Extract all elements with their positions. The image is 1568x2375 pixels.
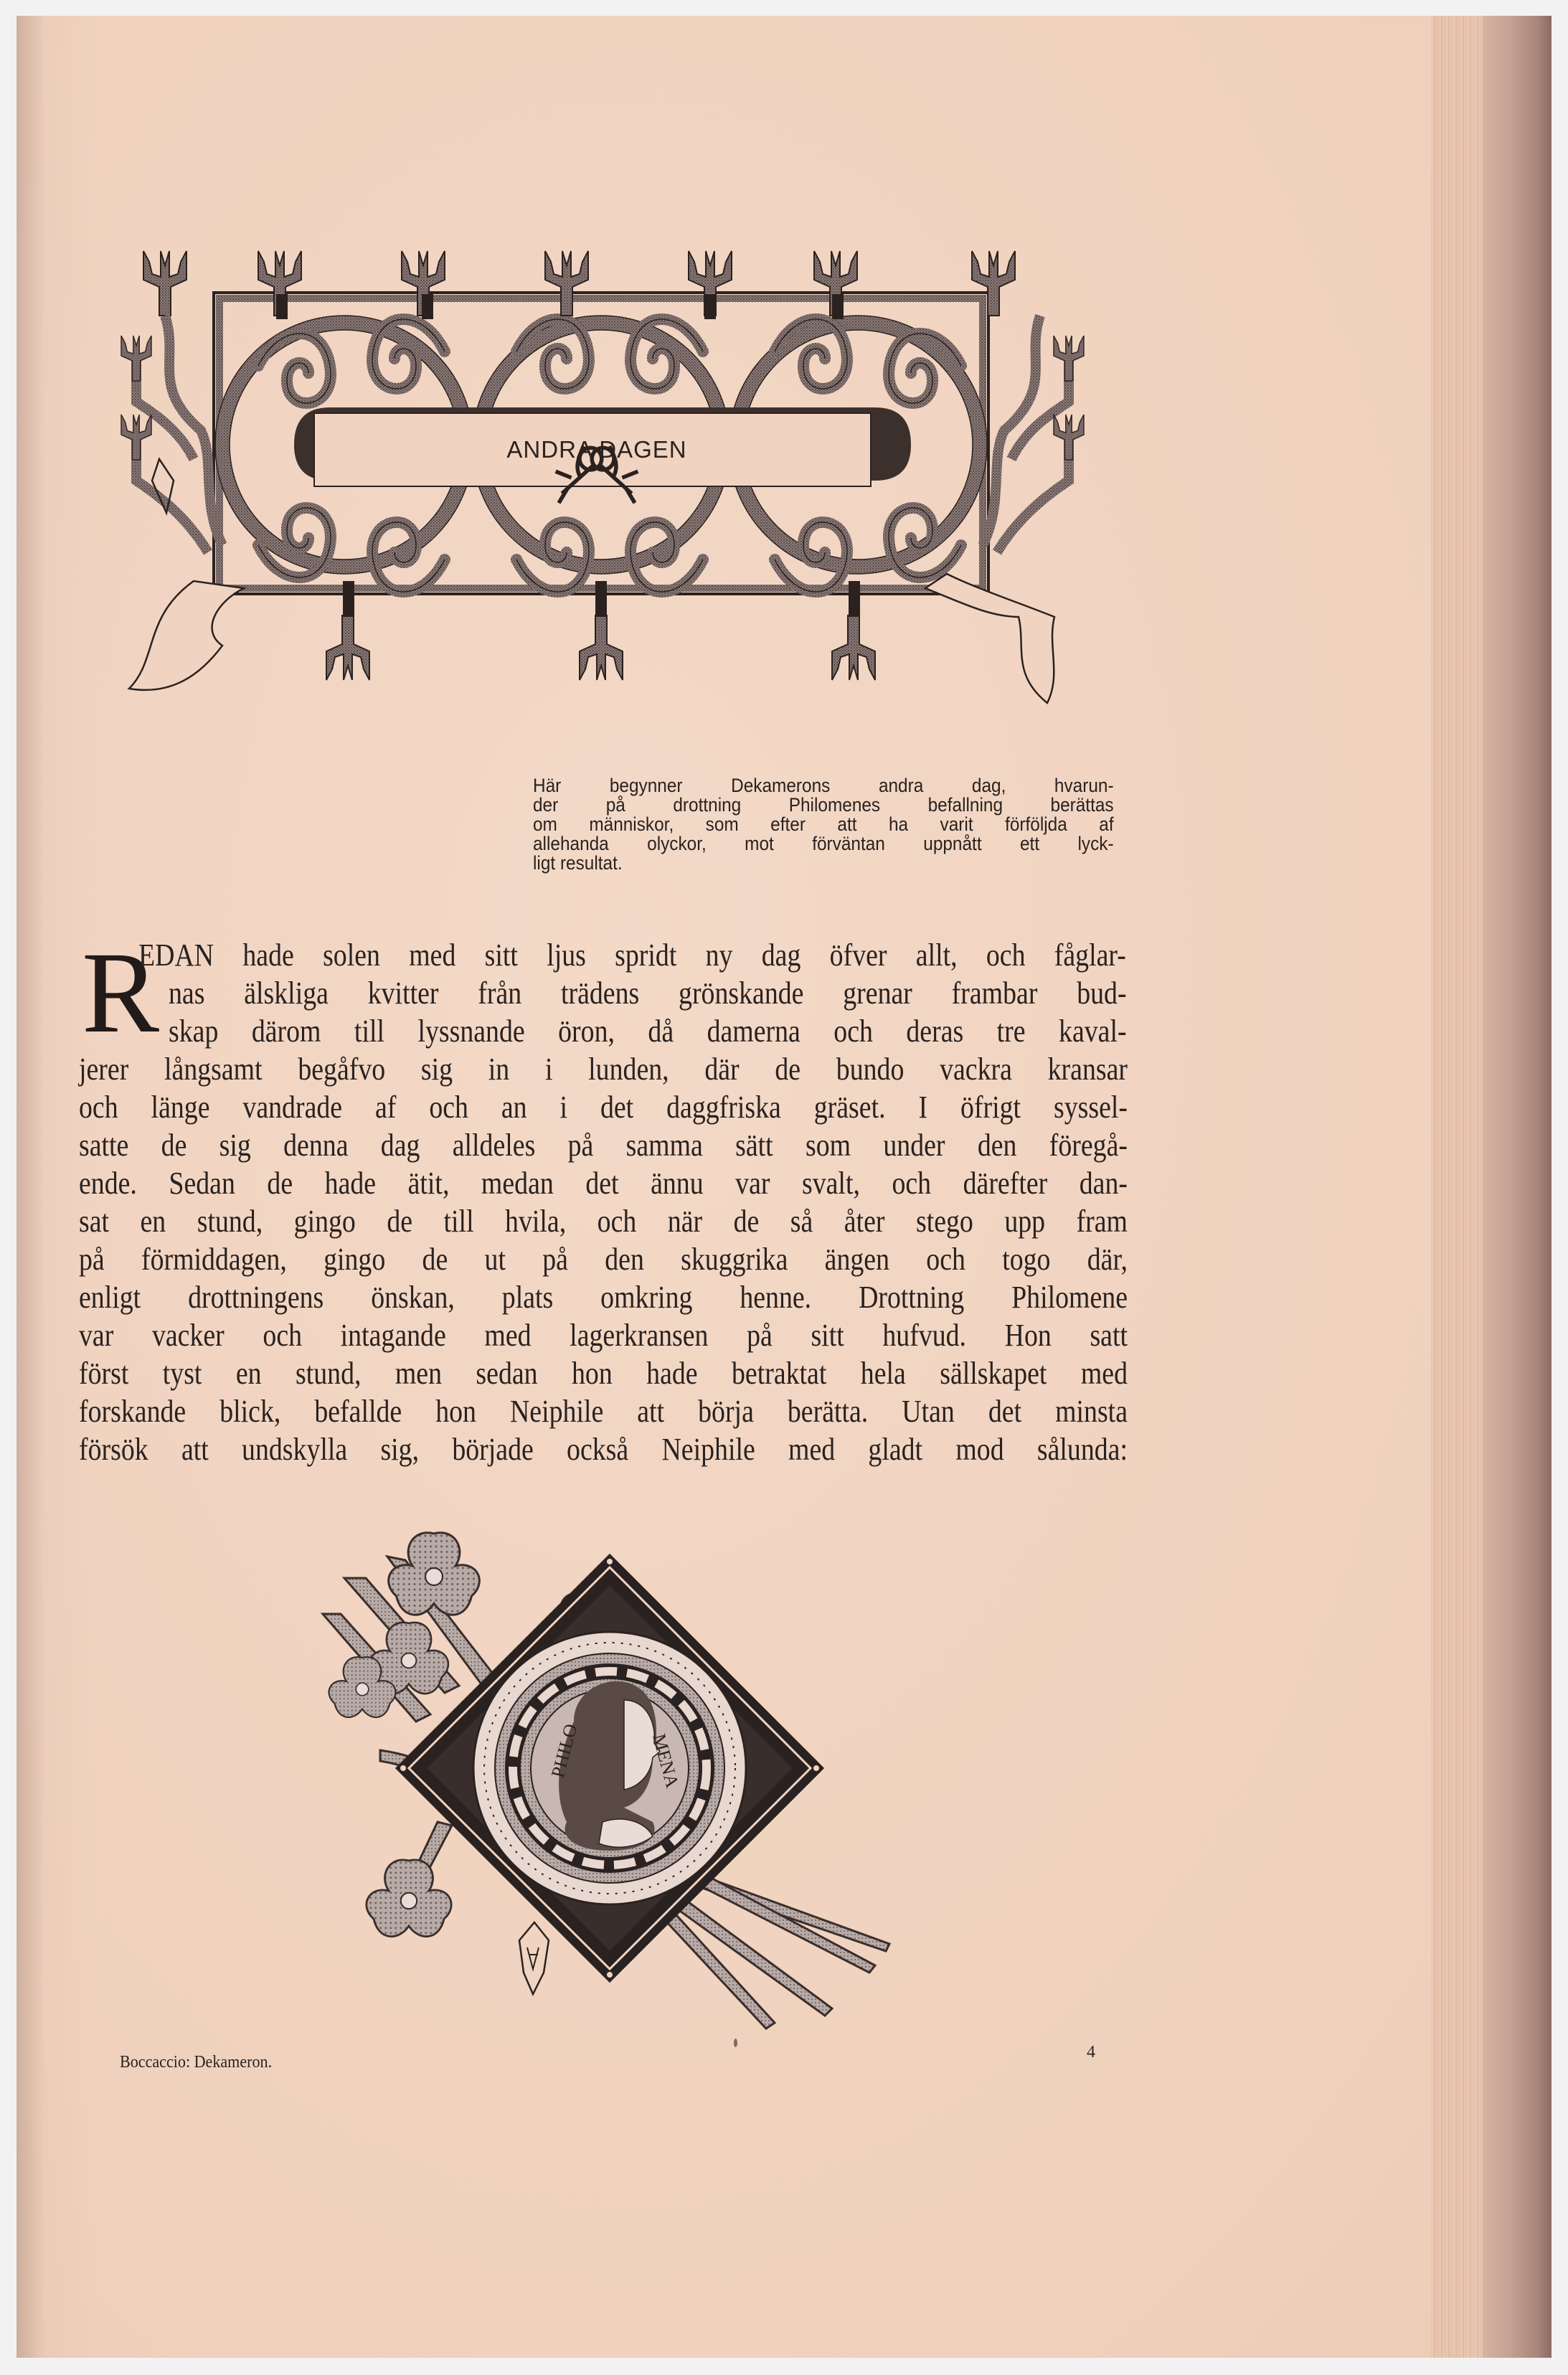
body-line: var vacker och intagande med lagerkranse… [79, 1316, 1128, 1354]
monogram-icon [519, 1922, 549, 1994]
argument-line: allehanda olyckor, mot förväntan uppnått… [533, 834, 1114, 854]
body-line: skap därom till lyssnande öron, då damer… [169, 1012, 1127, 1050]
argument-line: der på drottning Philomenes befallning b… [533, 795, 1114, 815]
body-line: på förmiddagen, gingo de ut på den skugg… [79, 1240, 1128, 1278]
medallion-with-flowers-ornament: PHILO MENA [316, 1521, 904, 2037]
body-line: först tyst en stund, men sedan hon hade … [79, 1354, 1128, 1392]
argument-line: om människor, som efter att ha varit för… [533, 815, 1114, 834]
page-stack-edges [1431, 16, 1483, 2358]
wrought-iron-grille-ornament: ANDRA DAGEN [115, 244, 1090, 717]
body-line: och länge vandrade af och an i det daggf… [79, 1088, 1128, 1126]
body-line: ende. Sedan de hade ätit, medan det ännu… [79, 1164, 1128, 1202]
body-line: jerer långsamt begåfvo sig in i lunden, … [79, 1050, 1128, 1088]
argument-line: ligt resultat. [533, 854, 1114, 873]
page-number: 4 [1087, 2043, 1095, 2062]
body-line: EDAN hade solen med sitt ljus spridt ny … [138, 936, 1126, 974]
body-line: enligt drottningens önskan, plats omkrin… [79, 1278, 1128, 1316]
body-line: nas älskliga kvitter från trädens grönsk… [169, 974, 1127, 1012]
rose-sprig-icon [317, 430, 848, 509]
argument-line: Här begynner Dekamerons andra dag, hvaru… [533, 776, 1114, 795]
chapter-argument: Här begynner Dekamerons andra dag, hvaru… [533, 776, 1114, 873]
body-line: försök att undskylla sig, började också … [79, 1430, 1128, 1468]
title-cartouche: ANDRA DAGEN [331, 410, 862, 489]
body-line: sat en stund, gingo de till hvila, och n… [79, 1202, 1128, 1240]
body-line: forskande blick, befallde hon Neiphile a… [79, 1392, 1128, 1430]
paper-speck [734, 2039, 737, 2047]
body-line: satte de sig denna dag alldeles på samma… [79, 1126, 1128, 1164]
signature-mark: Boccaccio: Dekameron. [120, 2053, 272, 2072]
book-spine [1483, 16, 1552, 2358]
